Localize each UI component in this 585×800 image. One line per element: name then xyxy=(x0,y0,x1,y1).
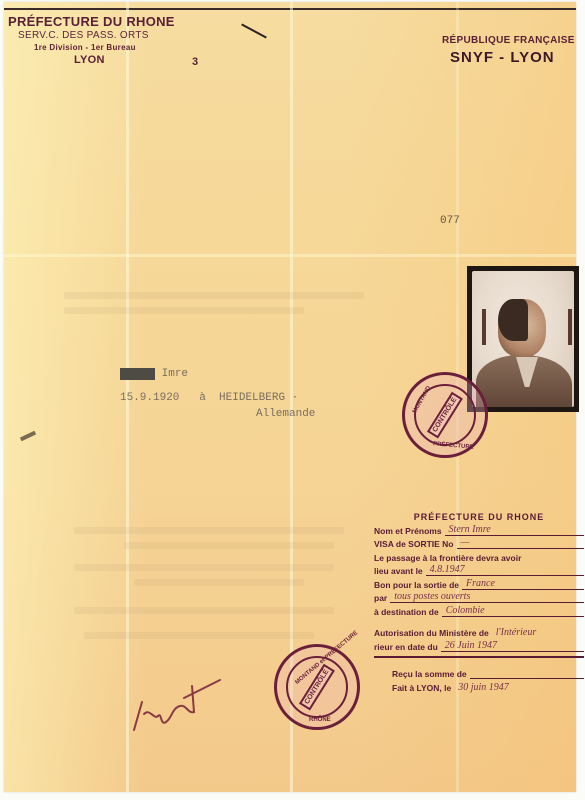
birth-place: HEIDELBERG xyxy=(219,392,285,404)
form-row-visa-number: VISA de SORTIE No — xyxy=(374,536,584,550)
form-row-destination: à destination de Colombie xyxy=(374,603,584,617)
photo-image xyxy=(472,271,574,407)
form-value-ministry: l'Intérieur xyxy=(492,627,584,638)
holder-name: STERN Imre xyxy=(120,368,188,380)
birth-place-prefix: à xyxy=(199,392,206,404)
exit-visa-form: PRÉFECTURE DU RHONE Nom et Prénoms Stern… xyxy=(374,510,584,693)
form-row-via: par tous postes ouverts xyxy=(374,590,584,604)
form-label: Bon pour la sortie de xyxy=(374,580,459,590)
form-divider xyxy=(374,656,584,658)
official-round-stamp: MONTAND PRÉFECTURE CONTRÔLÉ xyxy=(402,372,488,458)
form-value-receipt xyxy=(470,678,584,679)
faded-text xyxy=(74,527,344,534)
form-row-receipt: Reçu la somme de xyxy=(374,666,584,680)
form-row-exit-from: Bon pour la sortie de France xyxy=(374,576,584,590)
faded-text xyxy=(74,607,334,614)
photo-clip-mark xyxy=(568,309,572,345)
city-name: LYON xyxy=(74,54,105,66)
birth-info: 15.9.1920 à HEIDELBERG · xyxy=(120,392,298,404)
stamp-bottom-text: RHÔNE xyxy=(309,717,331,723)
form-label: lieu avant le xyxy=(374,566,423,576)
form-label: à destination de xyxy=(374,607,439,617)
form-value-destination: Colombie xyxy=(442,605,584,617)
form-label: Reçu la somme de xyxy=(392,669,467,679)
form-value-deadline: 4.8.1947 xyxy=(426,564,584,576)
faded-text xyxy=(64,292,364,299)
form-row-name: Nom et Prénoms Stern Imre xyxy=(374,522,584,536)
pen-stroke xyxy=(241,24,267,39)
form-row-deadline: lieu avant le 4.8.1947 xyxy=(374,563,584,577)
portrait-hair xyxy=(498,299,528,341)
stamp-bottom-text: PRÉFECTURE xyxy=(433,441,474,451)
form-label: Nom et Prénoms xyxy=(374,526,442,536)
office-name: SNYF - LYON xyxy=(450,49,555,66)
faded-text xyxy=(134,579,304,586)
form-value-issued-date: 30 juin 1947 xyxy=(454,682,584,693)
faded-text xyxy=(124,542,334,549)
ink-mark xyxy=(20,431,36,441)
reference-number: 077 xyxy=(440,215,460,227)
prefecture-round-stamp: MONTAND et PRÉFECTURE RHÔNE CONTRÔLÉ xyxy=(274,644,360,730)
prefecture-title: PRÉFECTURE DU RHONE xyxy=(8,14,175,29)
faded-text xyxy=(84,632,314,639)
form-row-authorization: Autorisation du Ministère de l'Intérieur xyxy=(374,625,584,639)
form-value-name: Stern Imre xyxy=(445,524,584,536)
handwritten-signature xyxy=(128,672,228,736)
form-label: Autorisation du Ministère de xyxy=(374,628,489,638)
holder-surname: STERN xyxy=(120,368,155,380)
holder-given-name: Imre xyxy=(162,368,188,380)
photo-clip-mark xyxy=(482,309,486,345)
document-page: PRÉFECTURE DU RHONE SERV.C. DES PASS. OR… xyxy=(4,2,576,792)
exit-visa-title: PRÉFECTURE DU RHONE xyxy=(374,510,584,522)
portrait-photo xyxy=(467,266,579,412)
service-name: SERV.C. DES PASS. ORTS xyxy=(18,30,149,41)
form-value-visa-number: — xyxy=(457,537,584,549)
handwritten-mark: 3 xyxy=(192,56,198,68)
form-label: Le passage à la frontière devra avoir xyxy=(374,553,521,563)
form-value-via: tous postes ouverts xyxy=(390,591,584,603)
faded-text xyxy=(64,307,304,314)
form-label: VISA de SORTIE No xyxy=(374,539,454,549)
republic-title: RÉPUBLIQUE FRANÇAISE xyxy=(442,35,575,46)
stamp-center-text: CONTRÔLÉ xyxy=(427,392,463,439)
stamp-center-text: CONTRÔLÉ xyxy=(299,664,335,711)
form-label: par xyxy=(374,593,387,603)
form-row-issued: Fait à LYON, le 30 juin 1947 xyxy=(374,679,584,693)
form-value-authorization-date: 26 Juin 1947 xyxy=(441,640,584,652)
form-row-border-crossing: Le passage à la frontière devra avoir xyxy=(374,549,584,563)
form-label: rieur en date du xyxy=(374,642,438,652)
fold-crease xyxy=(4,254,576,257)
birth-date: 15.9.1920 xyxy=(120,392,179,404)
faded-text xyxy=(74,564,334,571)
form-label: Fait à LYON, le xyxy=(392,683,451,693)
form-value-exit-from: France xyxy=(462,578,584,590)
division-bureau: 1re Division - 1er Bureau xyxy=(34,43,136,52)
stamp-outer-text: MONTAND xyxy=(412,385,432,414)
nationality: Allemande xyxy=(256,408,315,420)
form-row-authorization-date: rieur en date du 26 Juin 1947 xyxy=(374,638,584,652)
